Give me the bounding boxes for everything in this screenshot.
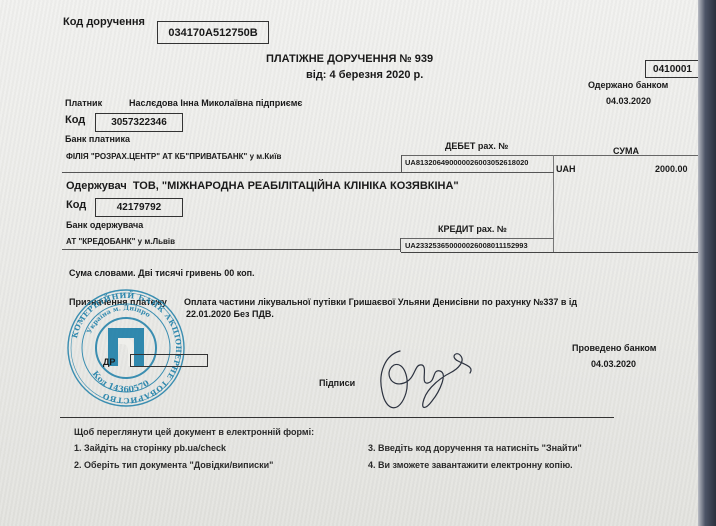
document-title: ПЛАТІЖНЕ ДОРУЧЕННЯ № 939: [266, 53, 433, 65]
instruction-step-2: 2. Оберіть тип документа "Довідки/виписк…: [74, 460, 273, 470]
sum-in-words-value: Дві тисячі гривень 00 коп.: [138, 268, 254, 278]
stamp-place-label: ДР: [103, 357, 115, 367]
recipient-code-label: Код: [66, 199, 86, 211]
payer-bank-name: ФІЛІЯ "РОЗРАХ.ЦЕНТР" АТ КБ"ПРИВАТБАНК" у…: [66, 152, 281, 161]
payer-code-label: Код: [65, 114, 85, 126]
recipient-bank-label: Банк одержувача: [66, 220, 143, 230]
order-code-label: Код доручення: [63, 16, 145, 28]
form-code-box: 0410001: [645, 60, 700, 78]
received-by-bank-label: Одержано банком: [588, 80, 668, 90]
instruction-step-1: 1. Зайдіть на сторінку pb.ua/check: [74, 443, 226, 453]
debit-account-number: UA813206490000026003052618020: [405, 158, 528, 167]
recipient-label: Одержувач ТОВ, "МІЖНАРОДНА РЕАБІЛІТАЦІЙН…: [66, 180, 459, 192]
bank-stamp-icon: КОМЕРЦІЙНИЙ БАНК АКЦІОНЕРНЕ ТОВАРИСТВО У…: [66, 288, 186, 408]
document-date: від: 4 березня 2020 р.: [306, 69, 423, 81]
payer-bank-label: Банк платника: [65, 134, 130, 144]
payer-code-box: 3057322346: [95, 113, 183, 132]
signature-image: [370, 343, 480, 418]
amount-label: СУМА: [613, 146, 639, 156]
amount-currency: UAH: [556, 164, 576, 174]
payer-name: Наслєдова Інна Миколаївна підприємє: [129, 98, 302, 108]
debit-account-label: ДЕБЕТ рах. №: [445, 141, 508, 151]
credit-account-number: UA233253650000026008011152993: [405, 241, 528, 250]
order-code-box: 034170A512750B: [157, 21, 269, 44]
recipient-code-box: 42179792: [95, 198, 183, 217]
instructions-title: Щоб переглянути цей документ в електронн…: [74, 427, 314, 437]
processed-by-bank-label: Проведено банком: [572, 343, 656, 353]
payer-label: Платник: [65, 98, 102, 108]
recipient-bank-name: АТ "КРЕДОБАНК" у м.Львів: [66, 237, 175, 246]
processed-by-bank-date: 04.03.2020: [591, 359, 636, 369]
sum-in-words-label: Сума словами: [69, 268, 133, 278]
instruction-step-3: 3. Введіть код доручення та натисніть "З…: [368, 443, 582, 453]
signatures-label: Підписи: [319, 378, 355, 388]
credit-account-label: КРЕДИТ рах. №: [438, 224, 507, 234]
monitor-bezel: [698, 0, 716, 526]
payment-purpose-line2: 22.01.2020 Без ПДВ.: [186, 309, 274, 319]
payment-order-document: Код доручення 034170A512750B ПЛАТІЖНЕ ДО…: [0, 0, 700, 526]
stamp-place-box: [130, 354, 208, 367]
amount-value: 2000.00: [655, 164, 688, 174]
instruction-step-4: 4. Ви зможете завантажити електронну коп…: [368, 460, 573, 470]
received-by-bank-date: 04.03.2020: [606, 96, 651, 106]
recipient-name: ТОВ, "МІЖНАРОДНА РЕАБІЛІТАЦІЙНА КЛІНІКА …: [133, 180, 459, 192]
sum-in-words: Сума словами. Дві тисячі гривень 00 коп.: [69, 268, 255, 278]
payment-purpose-line1: Оплата частини лікувальної путівки Гриша…: [184, 297, 577, 307]
